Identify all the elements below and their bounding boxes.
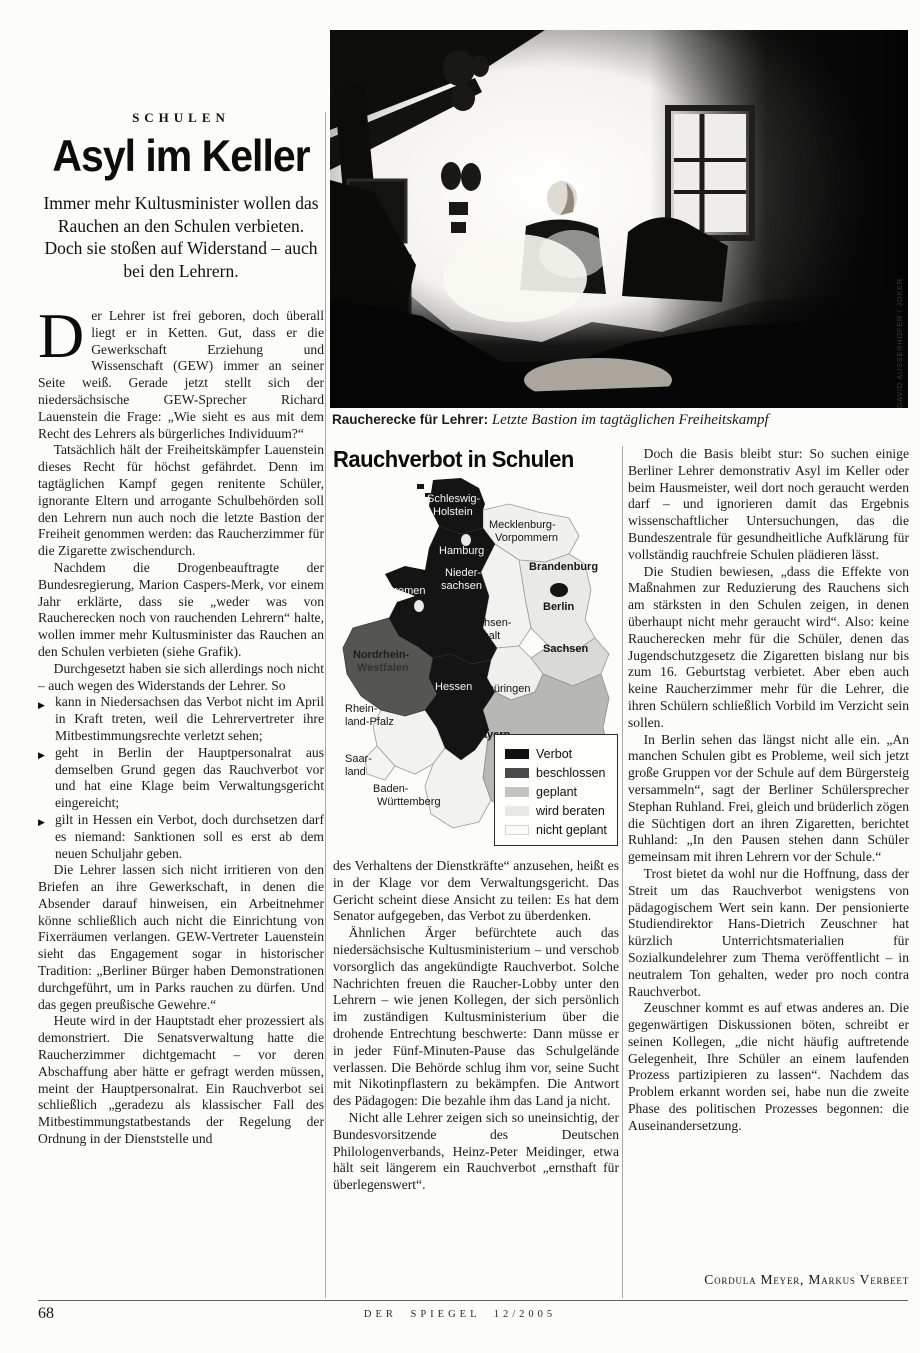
legend-swatch-nicht-geplant (505, 825, 529, 835)
map-label: Anhalt (469, 630, 500, 642)
legend-item: nicht geplant (505, 820, 617, 839)
map-label: Schleswig- (427, 493, 481, 505)
smoke-2 (539, 230, 607, 278)
bullet-arrow-icon: ▶ (38, 747, 45, 764)
map-label: Nordrhein- (353, 649, 410, 661)
legend-swatch-wird-beraten (505, 806, 529, 816)
map-label: sachsen (441, 580, 482, 592)
byline: Cordula Meyer, Markus Verbeet (628, 1272, 909, 1289)
paragraph: Der Lehrer ist frei geboren, doch überal… (38, 308, 324, 442)
paragraph: In Berlin sehen das längst nicht alle ei… (628, 732, 909, 866)
map-label: Vorpommern (495, 532, 558, 544)
legend-swatch-beschlossen (505, 768, 529, 778)
map-label: Thüringen (481, 683, 531, 695)
standfirst: Immer mehr Kultusminister wollen das Rau… (38, 192, 324, 283)
legend-item: wird beraten (505, 801, 617, 820)
map-label: Sachsen (543, 643, 589, 655)
paragraph: des Verhaltens der Dienstkräfte“ anzuseh… (333, 858, 619, 925)
column-2: Rauchverbot in Schulen Schleswig- Holste… (333, 446, 619, 1298)
map-label: Saar- (345, 753, 372, 765)
paragraph: Trost bietet da wohl nur die Hoffnung, d… (628, 866, 909, 1000)
photo-caption: Raucherecke für Lehrer: Letzte Bastion i… (332, 412, 908, 429)
legend-item: Verbot (505, 744, 617, 763)
headline-block: SCHULEN Asyl im Keller Immer mehr Kultus… (38, 110, 324, 283)
list-item: ▶geht in Berlin der Hauptpersonalrat aus… (38, 745, 324, 812)
paragraph: Doch die Basis bleibt stur: So suchen ei… (628, 446, 909, 564)
list-item: ▶gilt in Hessen ein Verbot, doch durchse… (38, 812, 324, 862)
drop-cap: D (38, 308, 91, 362)
legend-swatch-verbot (505, 749, 529, 759)
map-label: Berlin (543, 601, 574, 613)
map-label: Hessen (435, 681, 472, 693)
footer-magazine-line: DER SPIEGEL 12/2005 (0, 1309, 920, 1320)
map-label: Baden- (373, 783, 409, 795)
map-label: Württemberg (377, 796, 441, 808)
map-label: Hamburg (439, 545, 484, 557)
map-label: Rhein- (345, 703, 378, 715)
bullet-arrow-icon: ▶ (38, 814, 45, 831)
state-berlin (550, 583, 568, 597)
map-label: Brandenburg (529, 561, 598, 573)
caption-text: Letzte Bastion im tagtäglichen Freiheits… (488, 412, 769, 428)
column-3: Doch die Basis bleibt stur: So suchen ei… (628, 446, 909, 1298)
paragraph: Zeuschner kommt es auf etwas anderes an.… (628, 1000, 909, 1134)
bullet-arrow-icon: ▶ (38, 697, 45, 714)
list-item: ▶kann in Niedersachsen das Verbot nicht … (38, 694, 324, 744)
photo-illustration (330, 30, 908, 408)
map-label: Nieder- (445, 567, 481, 579)
column-rule-1 (325, 112, 326, 1298)
window-frame-right (668, 108, 752, 238)
map-label: Bremen (387, 585, 426, 597)
legend-swatch-geplant (505, 787, 529, 797)
footer-rule (38, 1300, 908, 1301)
photo-credit: DAVID AUSSERHOFER / JOKER (895, 276, 904, 408)
map-label: land (345, 766, 366, 778)
island (417, 484, 424, 489)
column-2-text: des Verhaltens der Dienstkräfte“ anzuseh… (333, 858, 619, 1194)
paragraph: Ähnlichen Ärger befürchtete auch das nie… (333, 925, 619, 1110)
map-label: Westfalen (357, 662, 409, 674)
bullet-list: ▶kann in Niedersachsen das Verbot nicht … (38, 694, 324, 862)
city-bremen (414, 600, 424, 612)
smoking-room-photo (330, 30, 908, 408)
map-label: Holstein (433, 506, 473, 518)
column-1: Der Lehrer ist frei geboren, doch überal… (38, 308, 324, 1298)
map-title: Rauchverbot in Schulen (333, 446, 619, 480)
legend-item: beschlossen (505, 763, 617, 782)
legend-item: geplant (505, 782, 617, 801)
caption-lead: Raucherecke für Lehrer: (332, 412, 488, 427)
column-rule-2 (622, 446, 623, 1298)
map-legend: Verbot beschlossen geplant wird beraten … (494, 734, 618, 846)
paragraph: Durchgesetzt haben sie sich allerdings n… (38, 661, 324, 695)
paragraph: Die Lehrer lassen sich nicht irritieren … (38, 862, 324, 1013)
kicker: SCHULEN (38, 110, 324, 126)
paragraph: Die Studien bewiesen, „dass die Effekte … (628, 564, 909, 732)
map-label: Mecklenburg- (489, 519, 556, 531)
map-label: land-Pfalz (345, 716, 394, 728)
paragraph: Tatsächlich hält der Freiheitskämpfer La… (38, 442, 324, 560)
paragraph: Nachdem die Drogenbeauftragte der Bundes… (38, 560, 324, 661)
paragraph: Nicht alle Lehrer zeigen sich so uneinsi… (333, 1110, 619, 1194)
map-label: Sachsen- (465, 617, 512, 629)
paragraph: Heute wird in der Hauptstadt eher prozes… (38, 1013, 324, 1147)
page-title: Asyl im Keller (38, 134, 324, 179)
